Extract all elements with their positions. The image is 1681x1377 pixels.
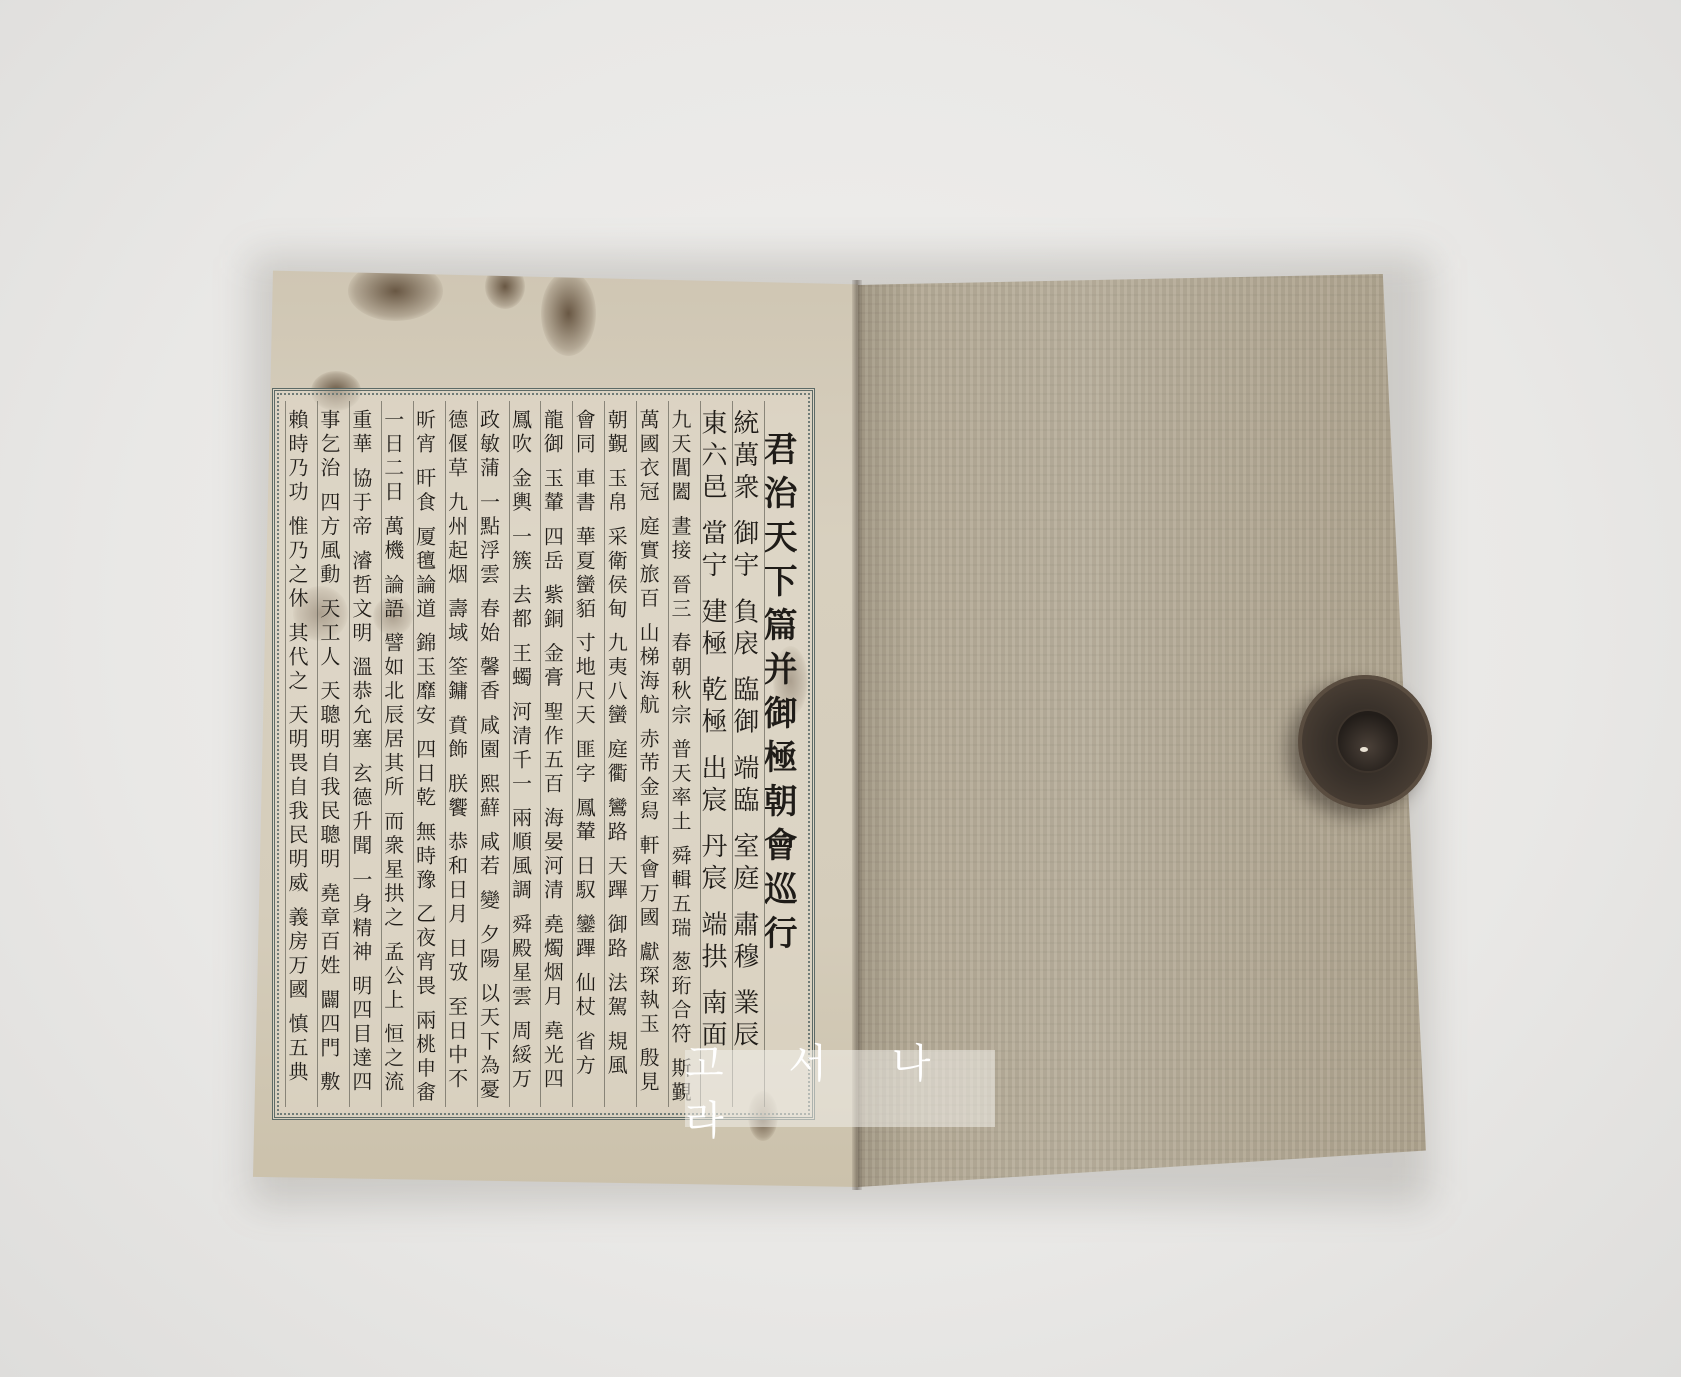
text-column: 重華 協于帝 濬哲文明 溫恭允塞 玄德升聞 一身精神 明四目達四聰 疇若予上下 … [349, 401, 381, 1107]
text-column: 朝覲 玉帛 采衛侯甸 九夷八蠻 庭衢 鸞路 天蹕 御路 法駕 規風 鳳蹕 [604, 401, 636, 1107]
watermark: 고 서 나 라 [685, 1050, 995, 1127]
watermark-text: 고 서 나 라 [685, 1032, 995, 1146]
text-column: 龍御 玉輦 四岳 紫銅 金膏 聖作五百 海晏河清 堯燭烟月 堯光四表 一法 [540, 401, 572, 1107]
text-column: 政敏蒲 一點浮雲 春始 馨香 咸園 熙蘚 咸若 變 夕陽 以天下為憂 有恒 [477, 401, 509, 1107]
weight-glint [1360, 747, 1368, 752]
text-column: 昕宵 旰食 厦氊論道 錦玉靡安 四日乾 無時豫 乙夜宵畏 兩桃申畬 恭天地之間 … [413, 401, 445, 1107]
stain [541, 271, 596, 356]
weight-knob [1338, 711, 1398, 771]
brass-weight-icon [1298, 675, 1432, 809]
text-column: 鳳吹 金輿 一簇 去都 王蠋 河清千一 兩順風調 舜殿星雲 周綏万邦 三階 [509, 401, 541, 1107]
text-column: 東六邑 當宁 建極 乾極 出宸 丹宸 端拱 南面 [700, 401, 732, 1107]
text-column: 會同 車書 華夏蠻貊 寸地尺天 匪字 鳳輦 日馭 鑾蹕 仙杖 省方 鸞輿 [572, 401, 604, 1107]
text-column: 一日二日 萬機 論語 譬如北辰居其所 而衆星拱之 孟公上 恒之流行速 沛然 孰能… [381, 401, 413, 1107]
text-column: 萬國衣冠 庭實旅百 山梯海航 赤芾金舄 軒會万國 獻琛執玉 殷見 [636, 401, 668, 1107]
text-column: 九天閶闔 晝接 晉三 春朝秋宗 普天率土 舜輯五瑞 葱珩合符 斯覲 [668, 401, 700, 1107]
photo-scene: 君治天下篇并御極朝會巡行 統萬衆 御宇 負扆 臨御 端臨 室庭 肅穆 業辰 東六… [0, 0, 1681, 1377]
text-column: 賴時乃功 惟乃之休 其代之 天明畏自我民明威 義房万國 慎五典 禹 劝九敍 箕建 [285, 401, 317, 1107]
text-column: 統萬衆 御宇 負扆 臨御 端臨 室庭 肅穆 業辰 [732, 401, 764, 1107]
text-frame: 君治天下篇并御極朝會巡行 統萬衆 御宇 負扆 臨御 端臨 室庭 肅穆 業辰 東六… [272, 388, 815, 1120]
text-columns: 君治天下篇并御極朝會巡行 統萬衆 御宇 負扆 臨御 端臨 室庭 肅穆 業辰 東六… [285, 401, 802, 1107]
title-column: 君治天下篇并御極朝會巡行 [764, 401, 802, 1107]
text-column: 德偃草 九州起烟 壽域 筌鏞 賁飾 朕饗 恭和日月 日攷 至日中不暇 靡懈 [445, 401, 477, 1107]
text-column: 事乞治 四方風動 天工人 天聰明自我民聰明 堯章百姓 闢四門 敷四海 湯表 [317, 401, 349, 1107]
